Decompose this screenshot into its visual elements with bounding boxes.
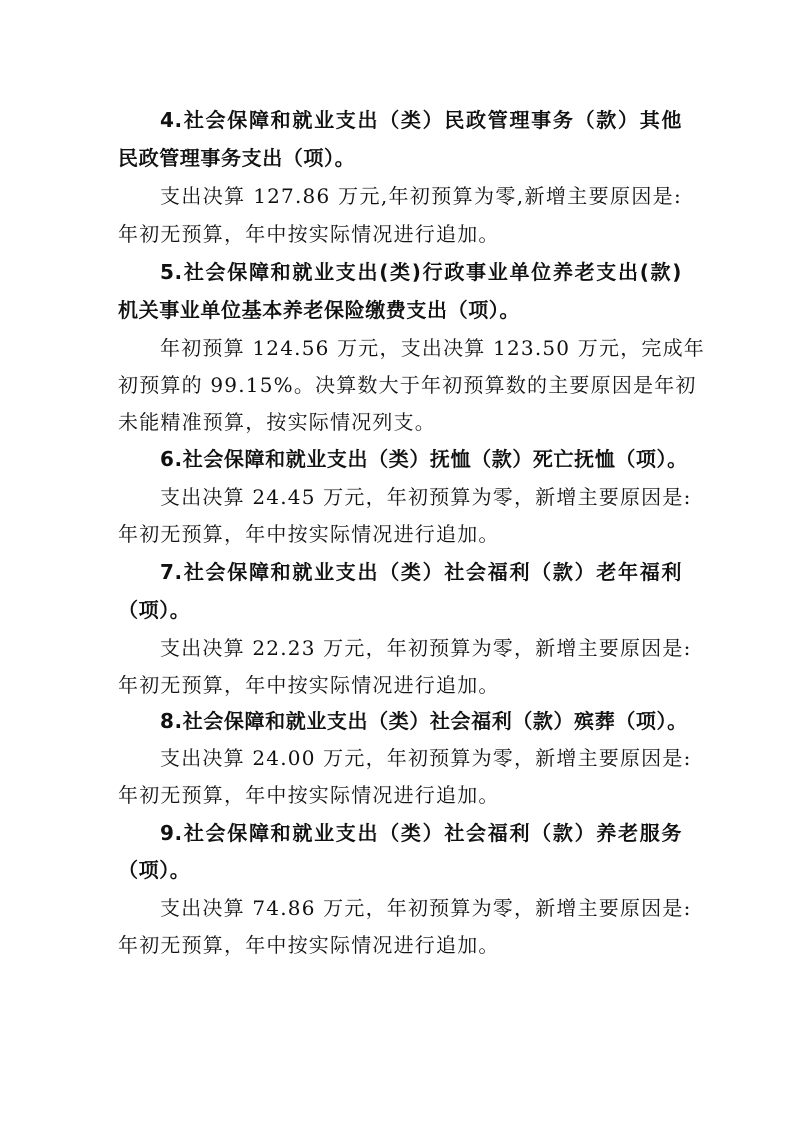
- section-9-heading-line-1: 9.社会保障和就业支出（类）社会福利（款）养老服务: [160, 820, 682, 846]
- section-4-body-line-1: 支出决算 127.86 万元,年初预算为零,新增主要原因是:: [160, 183, 682, 209]
- section-9-body-line-1: 支出决算 74.86 万元，年初预算为零，新增主要原因是:: [160, 895, 682, 921]
- section-6-body-line-1: 支出决算 24.45 万元，年初预算为零，新增主要原因是:: [160, 484, 682, 510]
- section-4-heading-line-2: 民政管理事务支出（项）。: [118, 145, 682, 171]
- section-7-heading-line-1: 7.社会保障和就业支出（类）社会福利（款）老年福利: [160, 559, 682, 585]
- section-5-heading-line-2: 机关事业单位基本养老保险缴费支出（项）。: [118, 297, 682, 323]
- section-7-body-line-2: 年初无预算，年中按实际情况进行追加。: [118, 672, 682, 698]
- section-5-heading-line-1: 5.社会保障和就业支出(类)行政事业单位养老支出(款): [160, 259, 682, 285]
- section-9-heading-line-2: （项）。: [118, 857, 682, 883]
- section-4-body-line-2: 年初无预算，年中按实际情况进行追加。: [118, 221, 682, 247]
- section-5-body-line-1: 年初预算 124.56 万元，支出决算 123.50 万元，完成年: [160, 335, 682, 361]
- section-6-heading-line-1: 6.社会保障和就业支出（类）抚恤（款）死亡抚恤（项）。: [160, 446, 682, 472]
- section-8-heading-line-1: 8.社会保障和就业支出（类）社会福利（款）殡葬（项）。: [160, 708, 682, 734]
- section-5-body-line-3: 未能精准预算，按实际情况列支。: [118, 409, 682, 435]
- section-7-heading-line-2: （项）。: [118, 597, 682, 623]
- section-5-body-line-2: 初预算的 99.15%。决算数大于年初预算数的主要原因是年初: [118, 372, 682, 398]
- section-7-body-line-1: 支出决算 22.23 万元，年初预算为零，新增主要原因是:: [160, 635, 682, 661]
- section-9-body-line-2: 年初无预算，年中按实际情况进行追加。: [118, 932, 682, 958]
- section-8-body-line-1: 支出决算 24.00 万元，年初预算为零，新增主要原因是:: [160, 745, 682, 771]
- section-8-body-line-2: 年初无预算，年中按实际情况进行追加。: [118, 782, 682, 808]
- section-4-heading-line-1: 4.社会保障和就业支出（类）民政管理事务（款）其他: [160, 107, 682, 133]
- section-6-body-line-2: 年初无预算，年中按实际情况进行追加。: [118, 521, 682, 547]
- document-page: 4.社会保障和就业支出（类）民政管理事务（款）其他 民政管理事务支出（项）。 支…: [0, 0, 793, 1122]
